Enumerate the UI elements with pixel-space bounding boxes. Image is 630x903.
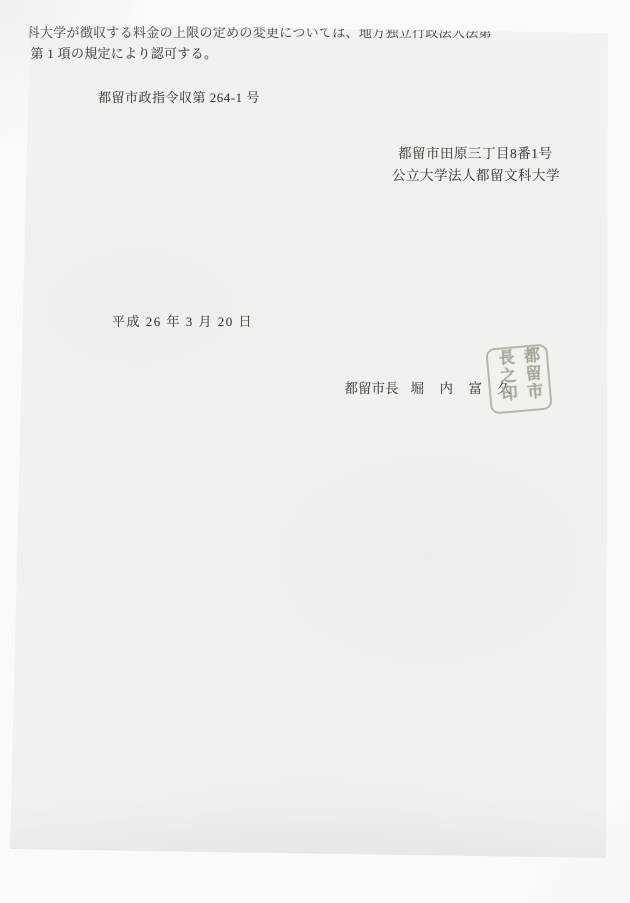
mayor-title: 都留市長 (345, 381, 399, 396)
body-paragraph: 平成 26 年 2 月 14 日付け都文大総発第 81 号により申請のあった公立… (0, 0, 470, 65)
signature-line: 都留市長堀 内 富 久 (331, 365, 512, 413)
seal-column-right: 都留市 (521, 346, 543, 401)
official-seal-stamp: 都留市長之印 (485, 343, 553, 414)
scan-canvas: { "document": { "doc_number": "都留市政指令収第 … (0, 0, 630, 903)
body-line-2: 留文科大学が徴収する料金の上限の定めの変更については、地方独立行政法人法第 (0, 22, 470, 44)
issue-date: 平成 26 年 3 月 20 日 (112, 314, 253, 330)
seal-column-left: 長之印 (495, 348, 517, 403)
body-line-1: 平成 26 年 2 月 14 日付け都文大総発第 81 号により申請のあった公立… (0, 0, 470, 22)
scanned-page: 都留市政指令収第 264-1 号 都留市田原三丁目8番1号 公立大学法人都留文科… (0, 0, 630, 903)
recipient-address: 都留市田原三丁目8番1号 (398, 146, 553, 162)
paper-shading (0, 0, 630, 903)
seal-text: 都留市長之印 (491, 346, 547, 412)
recipient-name: 公立大学法人都留文科大学 (392, 168, 560, 184)
document-number: 都留市政指令収第 264-1 号 (98, 90, 260, 106)
body-line-3: 23 条第 1 項の規定により認可する。 (0, 43, 470, 65)
